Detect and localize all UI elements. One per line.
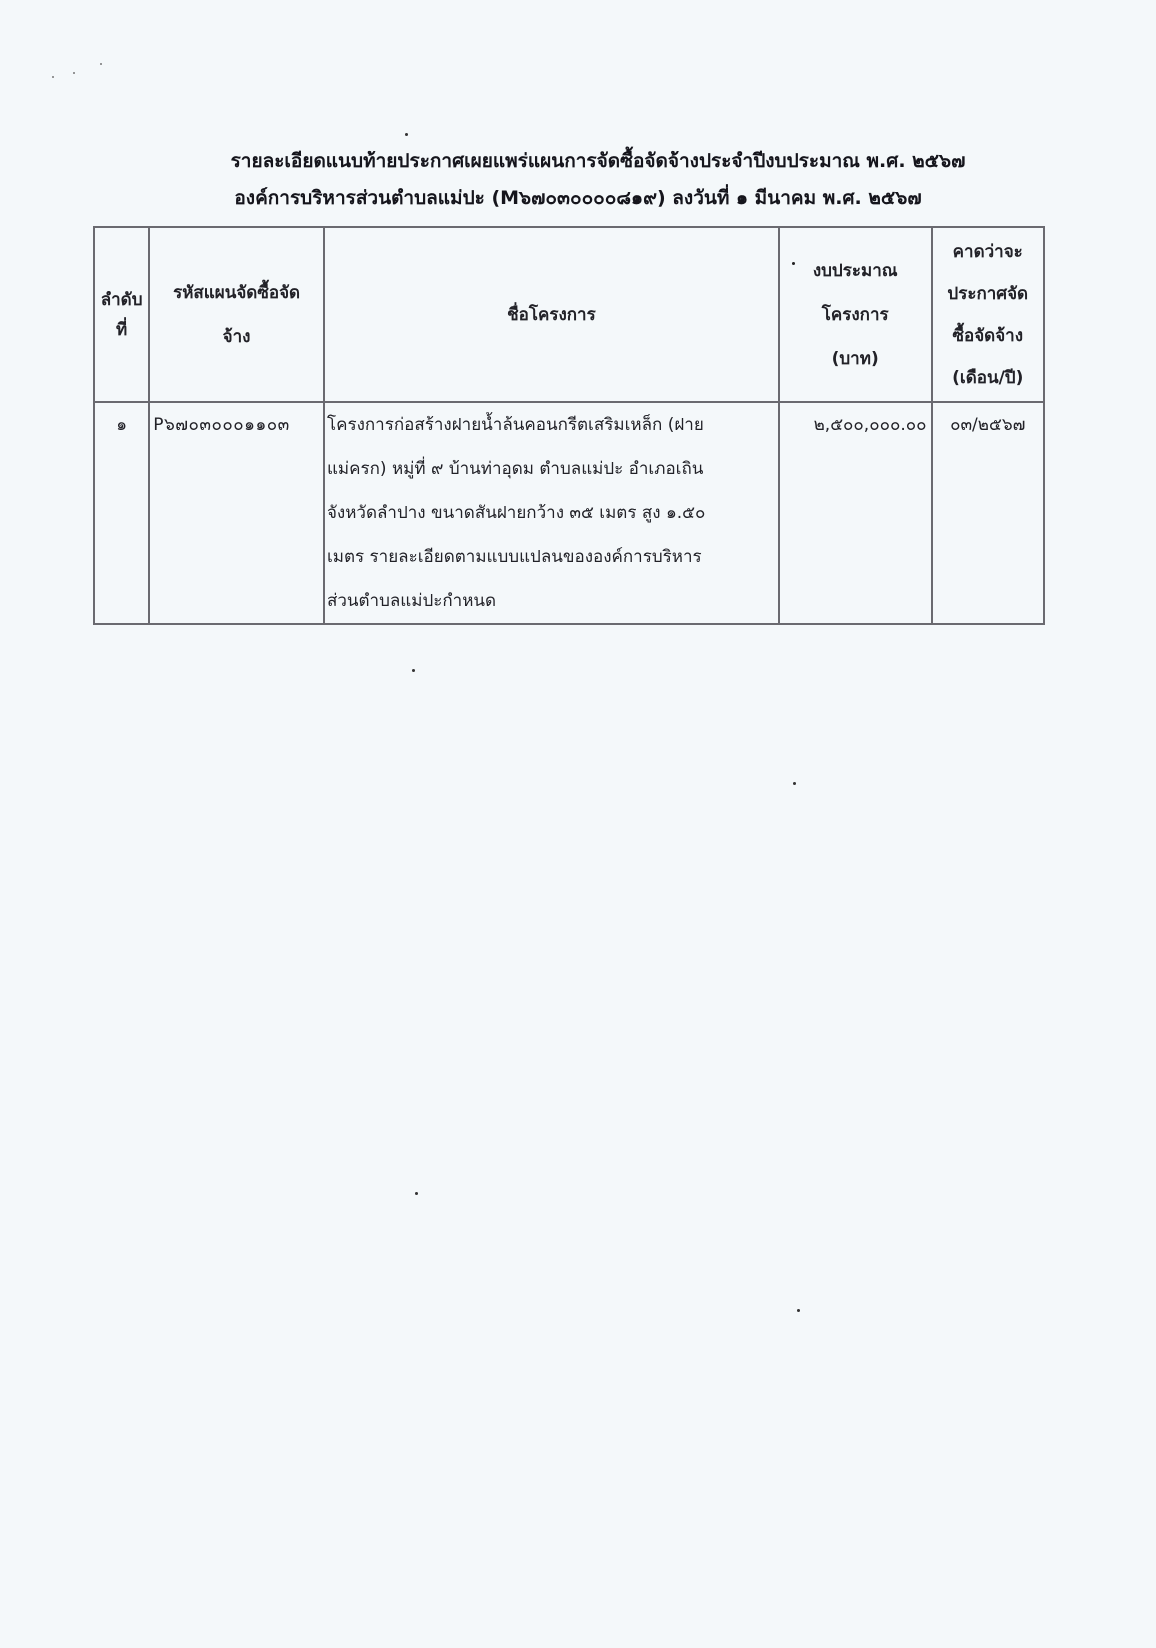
- row-budget: ๒,๕๐๐,๐๐๐.๐๐: [779, 402, 932, 624]
- project-name-line: โครงการก่อสร้างฝายน้ำล้นคอนกรีตเสริมเหล็…: [327, 403, 776, 447]
- row-announce-date: ๐๓/๒๕๖๗: [932, 402, 1045, 624]
- scan-speck: [100, 63, 102, 65]
- project-name-line: จังหวัดลำปาง ขนาดสันฝายกว้าง ๓๕ เมตร สูง…: [327, 491, 776, 535]
- header-no: ลำดับ ที่: [94, 227, 149, 402]
- header-name-line: ชื่อโครงการ: [325, 300, 778, 330]
- header-budget-line: โครงการ: [780, 293, 931, 337]
- table-row: ๑ P๖๗๐๓๐๐๐๑๑๐๓ โครงการก่อสร้างฝายน้ำล้นค…: [94, 402, 1044, 624]
- header-name: ชื่อโครงการ: [324, 227, 779, 402]
- header-date-line: ประกาศจัด: [933, 273, 1044, 315]
- header-no-line: ที่: [95, 315, 148, 345]
- table-header-row: ลำดับ ที่ รหัสแผนจัดซื้อจัด จ้าง ชื่อโคร…: [94, 227, 1044, 402]
- procurement-plan-table: ลำดับ ที่ รหัสแผนจัดซื้อจัด จ้าง ชื่อโคร…: [93, 226, 1045, 625]
- project-name-line: ส่วนตำบลแม่ปะกำหนด: [327, 579, 776, 623]
- header-budget: งบประมาณ โครงการ (บาท): [779, 227, 932, 402]
- header-budget-line: งบประมาณ: [780, 249, 931, 293]
- scan-dot: [792, 262, 795, 265]
- row-project-name: โครงการก่อสร้างฝายน้ำล้นคอนกรีตเสริมเหล็…: [324, 402, 779, 624]
- scan-dot: [412, 669, 415, 672]
- header-date-line: คาดว่าจะ: [933, 231, 1044, 273]
- header-date-line: ซื้อจัดจ้าง: [933, 315, 1044, 357]
- row-no: ๑: [94, 402, 149, 624]
- scan-dot: [405, 133, 408, 136]
- scan-speck: [73, 72, 75, 74]
- header-code-line: จ้าง: [150, 315, 323, 359]
- scan-dot: [793, 782, 796, 785]
- header-date-line: (เดือน/ปี): [933, 357, 1044, 399]
- scan-dot: [415, 1192, 418, 1195]
- row-plan-code: P๖๗๐๓๐๐๐๑๑๐๓: [149, 402, 324, 624]
- project-name-line: แม่ครก) หมู่ที่ ๙ บ้านท่าอุดม ตำบลแม่ปะ …: [327, 447, 776, 491]
- header-date: คาดว่าจะ ประกาศจัด ซื้อจัดจ้าง (เดือน/ปี…: [932, 227, 1045, 402]
- document-subtitle: องค์การบริหารส่วนตำบลแม่ปะ (M๖๗๐๓๐๐๐๐๘๑๙…: [0, 183, 1156, 213]
- document-title: รายละเอียดแนบท้ายประกาศเผยแพร่แผนการจัดซ…: [20, 146, 1156, 176]
- scan-speck: [52, 76, 54, 78]
- project-name-line: เมตร รายละเอียดตามแบบแปลนขององค์การบริหา…: [327, 535, 776, 579]
- header-no-line: ลำดับ: [95, 285, 148, 315]
- header-code: รหัสแผนจัดซื้อจัด จ้าง: [149, 227, 324, 402]
- header-code-line: รหัสแผนจัดซื้อจัด: [150, 271, 323, 315]
- scan-dot: [797, 1309, 800, 1312]
- header-budget-line: (บาท): [780, 337, 931, 381]
